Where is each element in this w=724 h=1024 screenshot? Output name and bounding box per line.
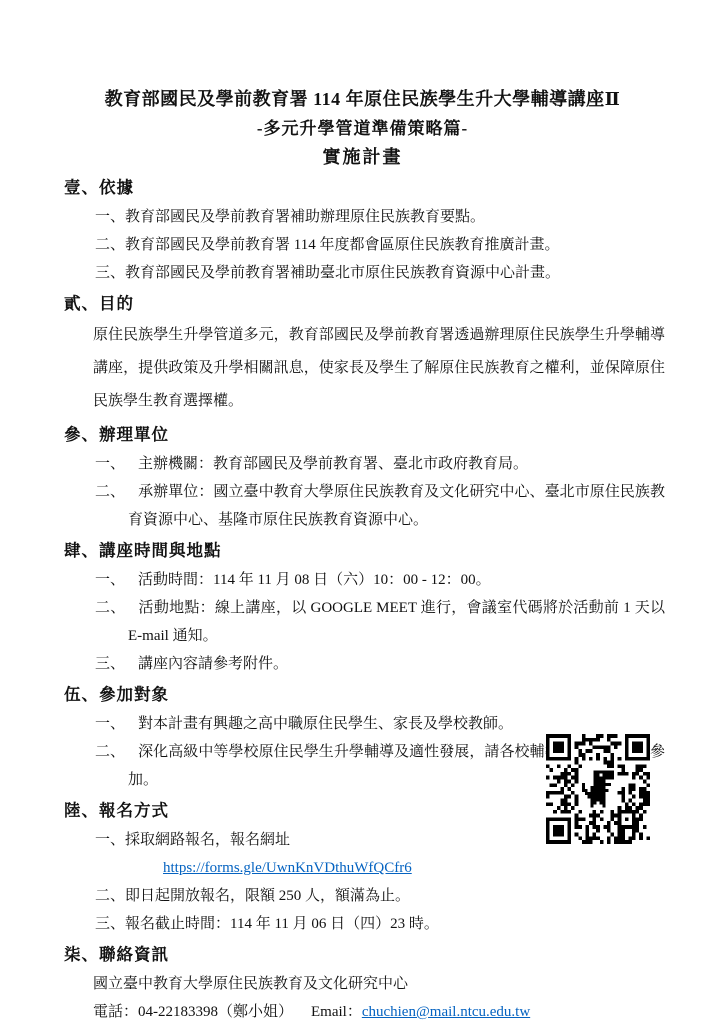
item-marker: 二、 <box>95 484 125 500</box>
item-marker: 一、 <box>95 716 125 732</box>
list-item: 三、講座內容請參考附件。 <box>95 650 665 678</box>
item-text: 對本計畫有興趣之高中職原住民學生、家長及學校教師。 <box>138 716 513 732</box>
section-heading: 貳、目的 <box>64 289 665 319</box>
list-item: 三、報名截止時間：114 年 11 月 06 日（四）23 時。 <box>95 910 665 938</box>
item-text: 主辦機關：教育部國民及學前教育署、臺北市政府教育局。 <box>138 456 528 472</box>
item-marker: 三、 <box>95 656 125 672</box>
section-heading: 參、辦理單位 <box>64 420 665 450</box>
item-marker: 二、 <box>95 744 125 760</box>
list-item: 三、教育部國民及學前教育署補助臺北市原住民族教育資源中心計畫。 <box>95 259 665 287</box>
section-purpose: 貳、目的 原住民族學生升學管道多元，教育部國民及學前教育署透過辦理原住民族學生升… <box>60 289 665 418</box>
contact-phone: 電話：04-22183398（鄭小姐） <box>93 1004 293 1020</box>
item-marker: 一、 <box>95 456 125 472</box>
list-item: 一、教育部國民及學前教育署補助辦理原住民族教育要點。 <box>95 203 665 231</box>
list-item: 一、活動時間：114 年 11 月 08 日（六）10：00 - 12：00。 <box>95 566 665 594</box>
contact-details: 電話：04-22183398（鄭小姐）Email：chuchien@mail.n… <box>93 998 665 1024</box>
item-marker: 二、 <box>95 888 125 904</box>
contact-email-link[interactable]: chuchien@mail.ntcu.edu.tw <box>362 1004 530 1020</box>
item-marker: 二、 <box>95 600 126 616</box>
item-text: 即日起開放報名，限額 250 人，額滿為止。 <box>125 888 410 904</box>
qr-code-image <box>546 734 650 844</box>
document-title: 教育部國民及學前教育署 114 年原住民族學生升大學輔導講座Ⅱ <box>60 84 665 114</box>
item-marker: 一、 <box>95 572 125 588</box>
contact-organization: 國立臺中教育大學原住民族教育及文化研究中心 <box>93 970 665 998</box>
registration-link[interactable]: https://forms.gle/UwnKnVDthuWfQCfr6 <box>163 860 412 876</box>
section-heading: 肆、講座時間與地點 <box>64 536 665 566</box>
section-heading: 柒、聯絡資訊 <box>64 940 665 970</box>
purpose-paragraph: 原住民族學生升學管道多元，教育部國民及學前教育署透過辦理原住民族學生升學輔導講座… <box>93 319 665 418</box>
item-text: 教育部國民及學前教育署補助臺北市原住民族教育資源中心計畫。 <box>125 265 560 281</box>
list-item: 二、活動地點：線上講座，以 GOOGLE MEET 進行，會議室代碼將於活動前 … <box>95 594 665 650</box>
section-heading: 伍、參加對象 <box>64 680 665 710</box>
item-text: 活動地點：線上講座，以 GOOGLE MEET 進行，會議室代碼將於活動前 1 … <box>128 600 665 644</box>
item-text: 講座內容請參考附件。 <box>138 656 288 672</box>
item-text: 教育部國民及學前教育署補助辦理原住民族教育要點。 <box>125 209 485 225</box>
item-text: 教育部國民及學前教育署 114 年度都會區原住民族教育推廣計畫。 <box>125 237 559 253</box>
item-marker: 一、 <box>95 209 125 225</box>
registration-qr-code <box>546 734 650 844</box>
section-heading: 壹、依據 <box>64 173 665 203</box>
document-header: 教育部國民及學前教育署 114 年原住民族學生升大學輔導講座Ⅱ -多元升學管道準… <box>60 84 665 171</box>
document-subtitle: -多元升學管道準備策略篇- <box>60 114 665 143</box>
item-marker: 三、 <box>95 265 125 281</box>
section-time-place: 肆、講座時間與地點 一、活動時間：114 年 11 月 08 日（六）10：00… <box>60 536 665 678</box>
item-marker: 三、 <box>95 916 125 932</box>
item-text: 報名截止時間：114 年 11 月 06 日（四）23 時。 <box>125 916 439 932</box>
registration-link-line: https://forms.gle/UwnKnVDthuWfQCfr6 <box>163 854 665 882</box>
item-text: 活動時間：114 年 11 月 08 日（六）10：00 - 12：00。 <box>138 572 491 588</box>
document-type: 實施計畫 <box>60 143 665 171</box>
list-item: 二、即日起開放報名，限額 250 人，額滿為止。 <box>95 882 665 910</box>
item-marker: 一、 <box>95 832 125 848</box>
document-page: 教育部國民及學前教育署 114 年原住民族學生升大學輔導講座Ⅱ -多元升學管道準… <box>0 0 724 1024</box>
item-text: 承辦單位：國立臺中教育大學原住民族教育及文化研究中心、臺北市原住民族教育資源中心… <box>128 484 665 528</box>
section-contact: 柒、聯絡資訊 國立臺中教育大學原住民族教育及文化研究中心 電話：04-22183… <box>60 940 665 1024</box>
item-marker: 二、 <box>95 237 125 253</box>
section-organizers: 參、辦理單位 一、主辦機關：教育部國民及學前教育署、臺北市政府教育局。 二、承辦… <box>60 420 665 534</box>
contact-email-label: Email： <box>311 1004 362 1020</box>
list-item: 一、主辦機關：教育部國民及學前教育署、臺北市政府教育局。 <box>95 450 665 478</box>
list-item: 二、教育部國民及學前教育署 114 年度都會區原住民族教育推廣計畫。 <box>95 231 665 259</box>
item-text: 採取網路報名，報名網址 <box>125 832 290 848</box>
list-item: 二、承辦單位：國立臺中教育大學原住民族教育及文化研究中心、臺北市原住民族教育資源… <box>95 478 665 534</box>
section-basis: 壹、依據 一、教育部國民及學前教育署補助辦理原住民族教育要點。 二、教育部國民及… <box>60 173 665 287</box>
